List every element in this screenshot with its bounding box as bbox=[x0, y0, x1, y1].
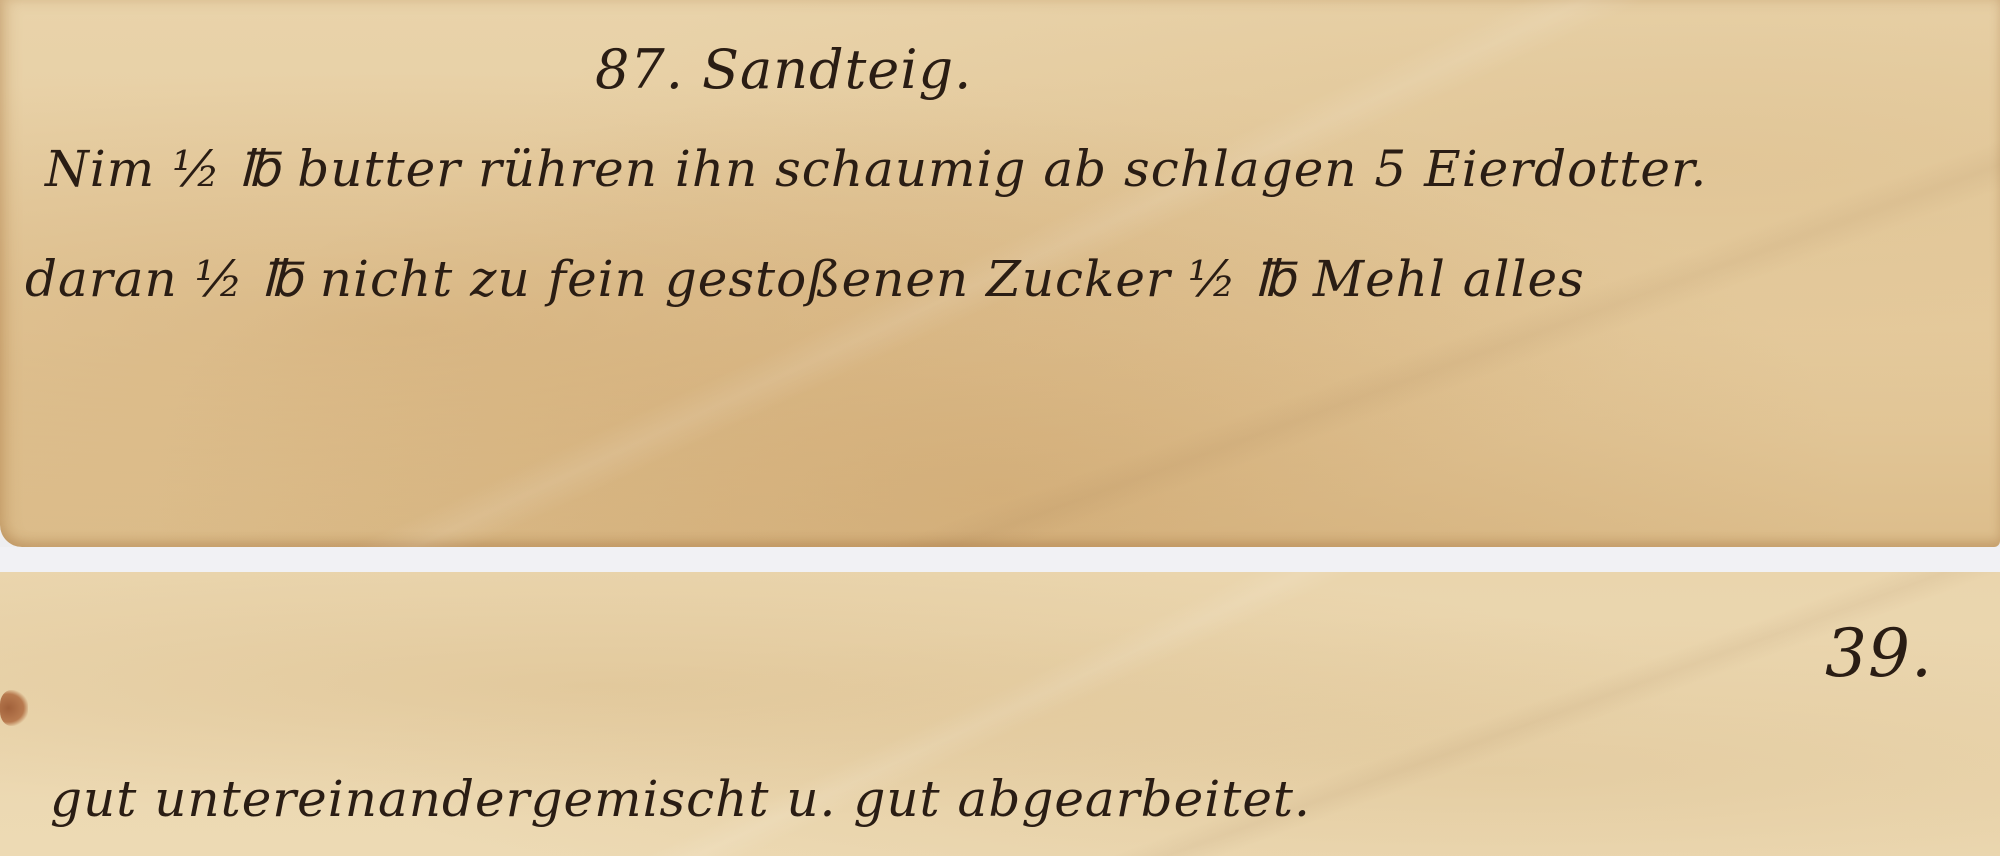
recipe-line-3: gut untereinandergemischt u. gut abgearb… bbox=[50, 770, 1311, 828]
ink-stain bbox=[0, 690, 28, 726]
page-number: 39. bbox=[1825, 615, 1933, 692]
recipe-line-2: daran ½ ℔ nicht zu fein gestoßenen Zucke… bbox=[25, 250, 1585, 308]
page-divider bbox=[0, 547, 2000, 572]
upper-page: 87. Sandteig. Nim ½ ℔ butter rühren ihn … bbox=[0, 0, 2000, 547]
recipe-title: 87. Sandteig. bbox=[595, 38, 972, 101]
recipe-line-1: Nim ½ ℔ butter rühren ihn schaumig ab sc… bbox=[45, 140, 1707, 198]
